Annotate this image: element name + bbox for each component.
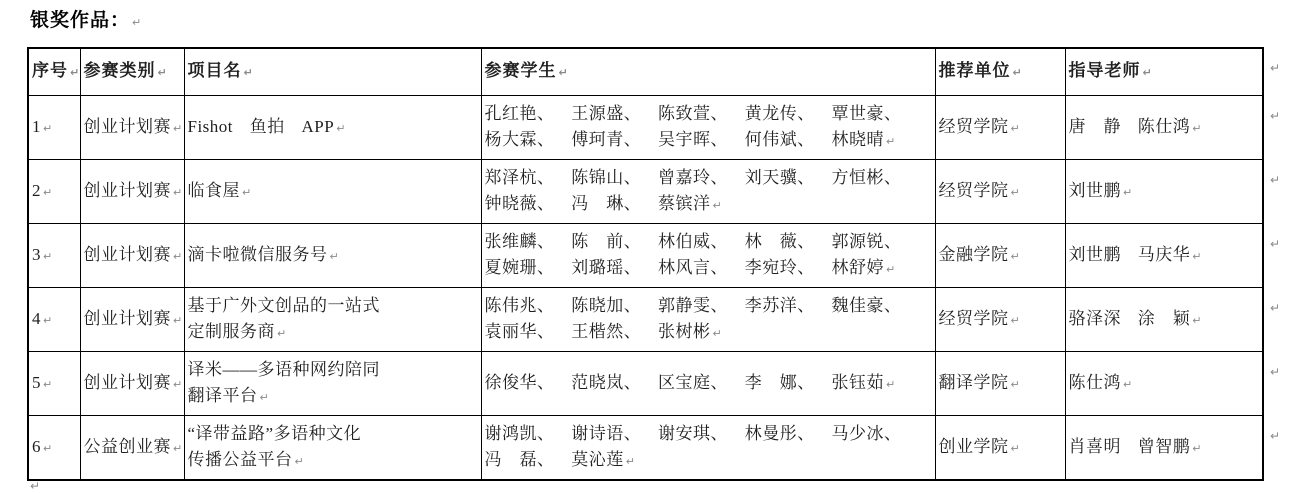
cell-line: 冯 磊、 莫沁莲↵ (485, 447, 932, 475)
cell-no[interactable]: 2↵ (28, 160, 80, 224)
cell-category[interactable]: 创业计划赛↵ (80, 352, 184, 416)
cell-line: 4↵ (32, 306, 77, 334)
cell-unit[interactable]: 经贸学院↵ (935, 288, 1065, 352)
cell-line: 金融学院↵ (939, 242, 1062, 270)
paragraph-mark-icon: ↵ (173, 378, 182, 391)
paragraph-mark-icon: ↵ (1123, 378, 1132, 391)
header-row: 序号↵ 参赛类别↵ 项目名↵ 参赛学生↵ 推荐单位↵ 指导老师↵ (28, 48, 1263, 96)
cell-teachers[interactable]: 刘世鹏 马庆华↵ (1065, 224, 1263, 288)
cell-line: 经贸学院↵ (939, 114, 1062, 142)
cell-line: 基于广外文创品的一站式 (188, 293, 478, 319)
cell-line: 经贸学院↵ (939, 178, 1062, 206)
table-row: 1↵ 创业计划赛↵ Fishot 鱼拍 APP↵ 孔红艳、 王源盛、 陈致萱、 … (28, 96, 1263, 160)
table-row: 3↵ 创业计划赛↵ 滴卡啦微信服务号↵ 张维麟、 陈 前、 林伯威、 林 薇、 … (28, 224, 1263, 288)
cell-line: 项目名↵ (188, 58, 478, 86)
cell-line: 肖喜明 曾智鹏↵ (1069, 434, 1260, 462)
paragraph-mark-icon: ↵ (277, 327, 286, 340)
paragraph-mark-icon: ↵ (173, 186, 182, 199)
paragraph-mark-icon: ↵ (1011, 442, 1020, 455)
cell-line: 2↵ (32, 178, 77, 206)
cell-project[interactable]: 临食屋↵ (184, 160, 481, 224)
cell-line: 陈伟兆、 陈晓加、 郭静雯、 李苏洋、 魏佳豪、 (485, 293, 932, 319)
cell-teachers[interactable]: 陈仕鸿↵ (1065, 352, 1263, 416)
paragraph-mark-icon: ↵ (43, 186, 52, 199)
cell-students[interactable]: 张维麟、 陈 前、 林伯威、 林 薇、 郭源锐、夏婉珊、 刘璐瑶、 林风言、 李… (481, 224, 935, 288)
header-project[interactable]: 项目名↵ (184, 48, 481, 96)
paragraph-mark-icon: ↵ (330, 250, 339, 263)
cell-line: 刘世鹏 马庆华↵ (1069, 242, 1260, 270)
cell-project[interactable]: 译米——多语种网约陪同翻译平台↵ (184, 352, 481, 416)
cell-line: 推荐单位↵ (939, 58, 1062, 86)
paragraph-mark-icon: ↵ (1143, 66, 1152, 79)
paragraph-mark-icon: ↵ (173, 442, 182, 455)
paragraph-mark-icon: ↵ (1123, 186, 1132, 199)
paragraph-mark-icon: ↵ (1011, 122, 1020, 135)
cell-teachers[interactable]: 骆泽深 涂 颖↵ (1065, 288, 1263, 352)
cell-line: 传播公益平台↵ (188, 447, 478, 475)
cell-line: 杨大霖、 傅珂青、 吴宇晖、 何伟斌、 林晓晴↵ (485, 127, 932, 155)
paragraph-mark-icon: ↵ (43, 378, 52, 391)
cell-students[interactable]: 郑泽杭、 陈锦山、 曾嘉玲、 刘天骥、 方恒彬、钟晓薇、 冯 琳、 蔡镔洋↵ (481, 160, 935, 224)
cell-line: 滴卡啦微信服务号↵ (188, 242, 478, 270)
paragraph-mark-icon: ↵ (336, 122, 345, 135)
cell-students[interactable]: 陈伟兆、 陈晓加、 郭静雯、 李苏洋、 魏佳豪、袁丽华、 王楷然、 张树彬↵ (481, 288, 935, 352)
cell-project[interactable]: 基于广外文创品的一站式定制服务商↵ (184, 288, 481, 352)
paragraph-mark-icon: ↵ (1011, 314, 1020, 327)
cell-unit[interactable]: 翻译学院↵ (935, 352, 1065, 416)
paragraph-mark-icon: ↵ (173, 314, 182, 327)
paragraph-mark-icon: ↵ (242, 186, 251, 199)
paragraph-mark-icon: ↵ (244, 66, 253, 79)
cell-line: 创业计划赛↵ (84, 114, 181, 142)
cell-line: 创业计划赛↵ (84, 370, 181, 398)
row-end-mark-icon: ↵ (1270, 365, 1280, 379)
cell-project[interactable]: “译带益路”多语种文化传播公益平台↵ (184, 416, 481, 481)
paragraph-mark-icon: ↵ (1192, 122, 1201, 135)
paragraph-mark-icon: ↵ (1011, 250, 1020, 263)
cell-line: 公益创业赛↵ (84, 434, 181, 462)
header-teachers[interactable]: 指导老师↵ (1065, 48, 1263, 96)
cell-category[interactable]: 创业计划赛↵ (80, 160, 184, 224)
cell-project[interactable]: Fishot 鱼拍 APP↵ (184, 96, 481, 160)
paragraph-mark-icon: ↵ (158, 66, 167, 79)
cell-line: 徐俊华、 范晓岚、 区宝庭、 李 娜、 张钰茹↵ (485, 370, 932, 398)
paragraph-mark-icon: ↵ (1011, 186, 1020, 199)
row-end-mark-icon: ↵ (1270, 61, 1280, 75)
cell-line: 陈仕鸿↵ (1069, 370, 1260, 398)
header-students[interactable]: 参赛学生↵ (481, 48, 935, 96)
table-row: 2↵ 创业计划赛↵ 临食屋↵ 郑泽杭、 陈锦山、 曾嘉玲、 刘天骥、 方恒彬、钟… (28, 160, 1263, 224)
paragraph-mark-icon: ↵ (70, 66, 79, 79)
cell-line: 郑泽杭、 陈锦山、 曾嘉玲、 刘天骥、 方恒彬、 (485, 165, 932, 191)
cell-no[interactable]: 4↵ (28, 288, 80, 352)
paragraph-mark-icon: ↵ (1013, 66, 1022, 79)
paragraph-mark-icon: ↵ (1011, 378, 1020, 391)
header-no[interactable]: 序号↵ (28, 48, 80, 96)
cell-line: 翻译学院↵ (939, 370, 1062, 398)
paragraph-mark-icon: ↵ (173, 122, 182, 135)
cell-project[interactable]: 滴卡啦微信服务号↵ (184, 224, 481, 288)
cell-line: 骆泽深 涂 颖↵ (1069, 306, 1260, 334)
cell-line: 译米——多语种网约陪同 (188, 357, 478, 383)
cell-line: 张维麟、 陈 前、 林伯威、 林 薇、 郭源锐、 (485, 229, 932, 255)
row-end-mark-icon: ↵ (1270, 173, 1280, 187)
cell-line: 谢鸿凯、 谢诗语、 谢安琪、 林曼彤、 马少冰、 (485, 421, 932, 447)
header-category[interactable]: 参赛类别↵ (80, 48, 184, 96)
cell-line: 创业计划赛↵ (84, 178, 181, 206)
cell-line: 临食屋↵ (188, 178, 478, 206)
paragraph-mark-icon: ↵ (559, 66, 568, 79)
cell-unit[interactable]: 经贸学院↵ (935, 160, 1065, 224)
cell-line: 刘世鹏↵ (1069, 178, 1260, 206)
paragraph-mark-icon: ↵ (132, 16, 141, 29)
cell-no[interactable]: 6↵ (28, 416, 80, 481)
cell-unit[interactable]: 创业学院↵ (935, 416, 1065, 481)
table-row: 6↵ 公益创业赛↵ “译带益路”多语种文化传播公益平台↵ 谢鸿凯、 谢诗语、 谢… (28, 416, 1263, 481)
awards-table: 序号↵ 参赛类别↵ 项目名↵ 参赛学生↵ 推荐单位↵ 指导老师↵ 1↵ 创业计划… (27, 47, 1264, 481)
cell-line: 袁丽华、 王楷然、 张树彬↵ (485, 319, 932, 347)
page-title-text: 银奖作品： (30, 10, 130, 31)
paragraph-mark-icon: ↵ (1192, 250, 1201, 263)
page-title[interactable]: 银奖作品：↵ (30, 5, 141, 32)
paragraph-mark-icon: ↵ (1192, 314, 1201, 327)
cell-line: 定制服务商↵ (188, 319, 478, 347)
cell-students[interactable]: 孔红艳、 王源盛、 陈致萱、 黄龙传、 覃世豪、杨大霖、 傅珂青、 吴宇晖、 何… (481, 96, 935, 160)
cell-line: 1↵ (32, 114, 77, 142)
paragraph-mark-icon: ↵ (886, 263, 895, 276)
header-unit[interactable]: 推荐单位↵ (935, 48, 1065, 96)
cell-students[interactable]: 徐俊华、 范晓岚、 区宝庭、 李 娜、 张钰茹↵ (481, 352, 935, 416)
paragraph-mark-icon: ↵ (30, 479, 40, 493)
cell-line: 参赛学生↵ (485, 58, 932, 86)
cell-line: 经贸学院↵ (939, 306, 1062, 334)
paragraph-mark-icon: ↵ (295, 455, 304, 468)
paragraph-mark-icon: ↵ (260, 391, 269, 404)
cell-category[interactable]: 创业计划赛↵ (80, 288, 184, 352)
paragraph-mark-icon: ↵ (43, 442, 52, 455)
paragraph-mark-icon: ↵ (173, 250, 182, 263)
paragraph-mark-icon: ↵ (886, 378, 895, 391)
cell-no[interactable]: 3↵ (28, 224, 80, 288)
row-end-mark-icon: ↵ (1270, 237, 1280, 251)
cell-line: 创业计划赛↵ (84, 306, 181, 334)
cell-category[interactable]: 创业计划赛↵ (80, 96, 184, 160)
paragraph-mark-icon: ↵ (1192, 442, 1201, 455)
cell-students[interactable]: 谢鸿凯、 谢诗语、 谢安琪、 林曼彤、 马少冰、冯 磊、 莫沁莲↵ (481, 416, 935, 481)
cell-unit[interactable]: 经贸学院↵ (935, 96, 1065, 160)
cell-line: 翻译平台↵ (188, 383, 478, 411)
paragraph-mark-icon: ↵ (43, 314, 52, 327)
cell-line: 参赛类别↵ (84, 58, 181, 86)
paragraph-mark-icon: ↵ (43, 250, 52, 263)
paragraph-mark-icon: ↵ (886, 135, 895, 148)
row-end-mark-icon: ↵ (1270, 301, 1280, 315)
paragraph-mark-icon: ↵ (626, 455, 635, 468)
paragraph-mark-icon: ↵ (713, 199, 722, 212)
cell-line: 孔红艳、 王源盛、 陈致萱、 黄龙传、 覃世豪、 (485, 101, 932, 127)
table-row: 4↵ 创业计划赛↵ 基于广外文创品的一站式定制服务商↵ 陈伟兆、 陈晓加、 郭静… (28, 288, 1263, 352)
cell-line: 序号↵ (32, 58, 77, 86)
cell-category[interactable]: 创业计划赛↵ (80, 224, 184, 288)
cell-teachers[interactable]: 刘世鹏↵ (1065, 160, 1263, 224)
cell-line: 钟晓薇、 冯 琳、 蔡镔洋↵ (485, 191, 932, 219)
cell-line: 3↵ (32, 242, 77, 270)
cell-teachers[interactable]: 肖喜明 曾智鹏↵ (1065, 416, 1263, 481)
cell-teachers[interactable]: 唐 静 陈仕鸿↵ (1065, 96, 1263, 160)
cell-unit[interactable]: 金融学院↵ (935, 224, 1065, 288)
cell-line: Fishot 鱼拍 APP↵ (188, 114, 478, 142)
cell-category[interactable]: 公益创业赛↵ (80, 416, 184, 481)
row-end-mark-icon: ↵ (1270, 429, 1280, 443)
cell-line: 指导老师↵ (1069, 58, 1260, 86)
table-row: 5↵ 创业计划赛↵ 译米——多语种网约陪同翻译平台↵ 徐俊华、 范晓岚、 区宝庭… (28, 352, 1263, 416)
cell-line: 创业计划赛↵ (84, 242, 181, 270)
paragraph-mark-icon: ↵ (713, 327, 722, 340)
cell-no[interactable]: 1↵ (28, 96, 80, 160)
cell-line: 夏婉珊、 刘璐瑶、 林风言、 李宛玲、 林舒婷↵ (485, 255, 932, 283)
cell-line: 唐 静 陈仕鸿↵ (1069, 114, 1260, 142)
cell-line: 创业学院↵ (939, 434, 1062, 462)
document-page: 银奖作品：↵ 序号↵ 参赛类别↵ 项目名↵ 参赛学生↵ 推荐单位↵ 指导老师↵ … (0, 0, 1301, 493)
cell-no[interactable]: 5↵ (28, 352, 80, 416)
cell-line: 5↵ (32, 370, 77, 398)
cell-line: 6↵ (32, 434, 77, 462)
cell-line: “译带益路”多语种文化 (188, 421, 478, 447)
row-end-mark-icon: ↵ (1270, 109, 1280, 123)
paragraph-mark-icon: ↵ (43, 122, 52, 135)
